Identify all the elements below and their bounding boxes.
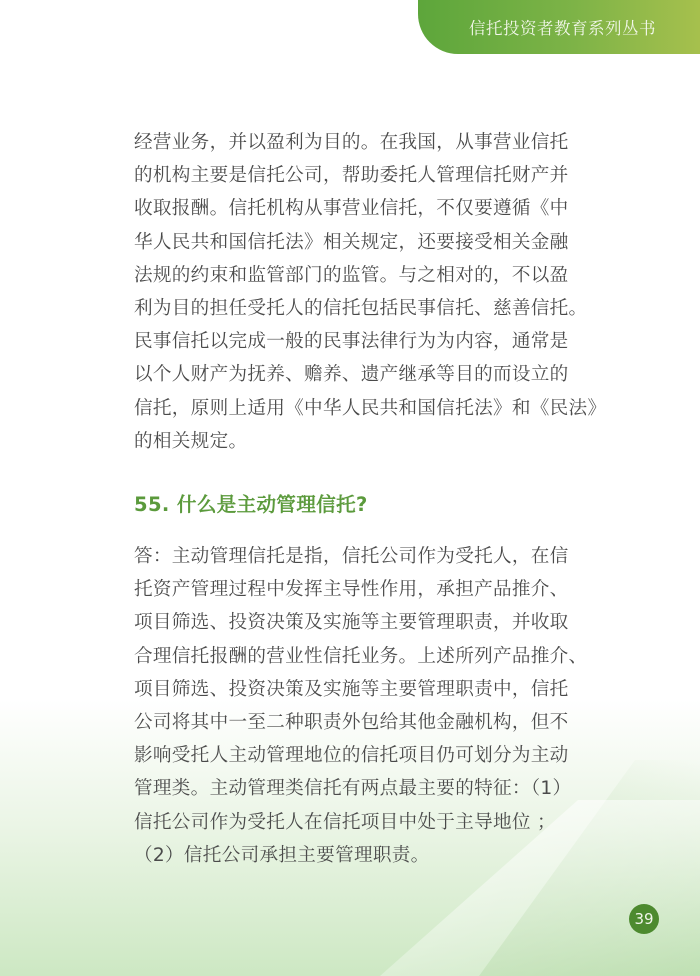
text-line: 影响受托人主动管理地位的信托项目仍可划分为主动 — [134, 739, 612, 772]
text-line: 经营业务，并以盈利为目的。在我国，从事营业信托 — [134, 126, 612, 159]
text-line: 管理类。主动管理类信托有两点最主要的特征：（1） — [134, 772, 612, 805]
page-content: 经营业务，并以盈利为目的。在我国，从事营业信托 的机构主要是信托公司，帮助委托人… — [134, 126, 612, 872]
text-line: 信托，原则上适用《中华人民共和国信托法》和《民法》 — [134, 392, 612, 425]
text-line: 的相关规定。 — [134, 425, 612, 458]
text-line: 的机构主要是信托公司，帮助委托人管理信托财产并 — [134, 159, 612, 192]
intro-paragraph: 经营业务，并以盈利为目的。在我国，从事营业信托 的机构主要是信托公司，帮助委托人… — [134, 126, 612, 458]
text-line: 法规的约束和监管部门的监管。与之相对的，不以盈 — [134, 259, 612, 292]
series-title: 信托投资者教育系列丛书 — [469, 15, 656, 39]
text-line: 项目筛选、投资决策及实施等主要管理职责中，信托 — [134, 673, 612, 706]
answer-paragraph: 答：主动管理信托是指，信托公司作为受托人，在信 托资产管理过程中发挥主导性作用，… — [134, 540, 612, 872]
text-line: 利为目的担任受托人的信托包括民事信托、慈善信托。 — [134, 292, 612, 325]
question-heading: 55. 什么是主动管理信托? — [134, 489, 612, 517]
text-line: 收取报酬。信托机构从事营业信托，不仅要遵循《中 — [134, 192, 612, 225]
text-line: 托资产管理过程中发挥主导性作用，承担产品推介、 — [134, 573, 612, 606]
text-line: 华人民共和国信托法》相关规定，还要接受相关金融 — [134, 226, 612, 259]
text-line: 项目筛选、投资决策及实施等主要管理职责，并收取 — [134, 606, 612, 639]
text-line: 以个人财产为抚养、赡养、遗产继承等目的而设立的 — [134, 358, 612, 391]
text-line: 公司将其中一至二种职责外包给其他金融机构，但不 — [134, 706, 612, 739]
text-line: 答：主动管理信托是指，信托公司作为受托人，在信 — [134, 540, 612, 573]
series-header-bar: 信托投资者教育系列丛书 — [418, 0, 700, 54]
text-line: 信托公司作为受托人在信托项目中处于主导地位 ； — [134, 806, 612, 839]
text-line: （2）信托公司承担主要管理职责。 — [134, 839, 612, 872]
text-line: 合理信托报酬的营业性信托业务。上述所列产品推介、 — [134, 640, 612, 673]
text-line: 民事信托以完成一般的民事法律行为为内容，通常是 — [134, 325, 612, 358]
page-number-badge: 39 — [629, 904, 659, 934]
